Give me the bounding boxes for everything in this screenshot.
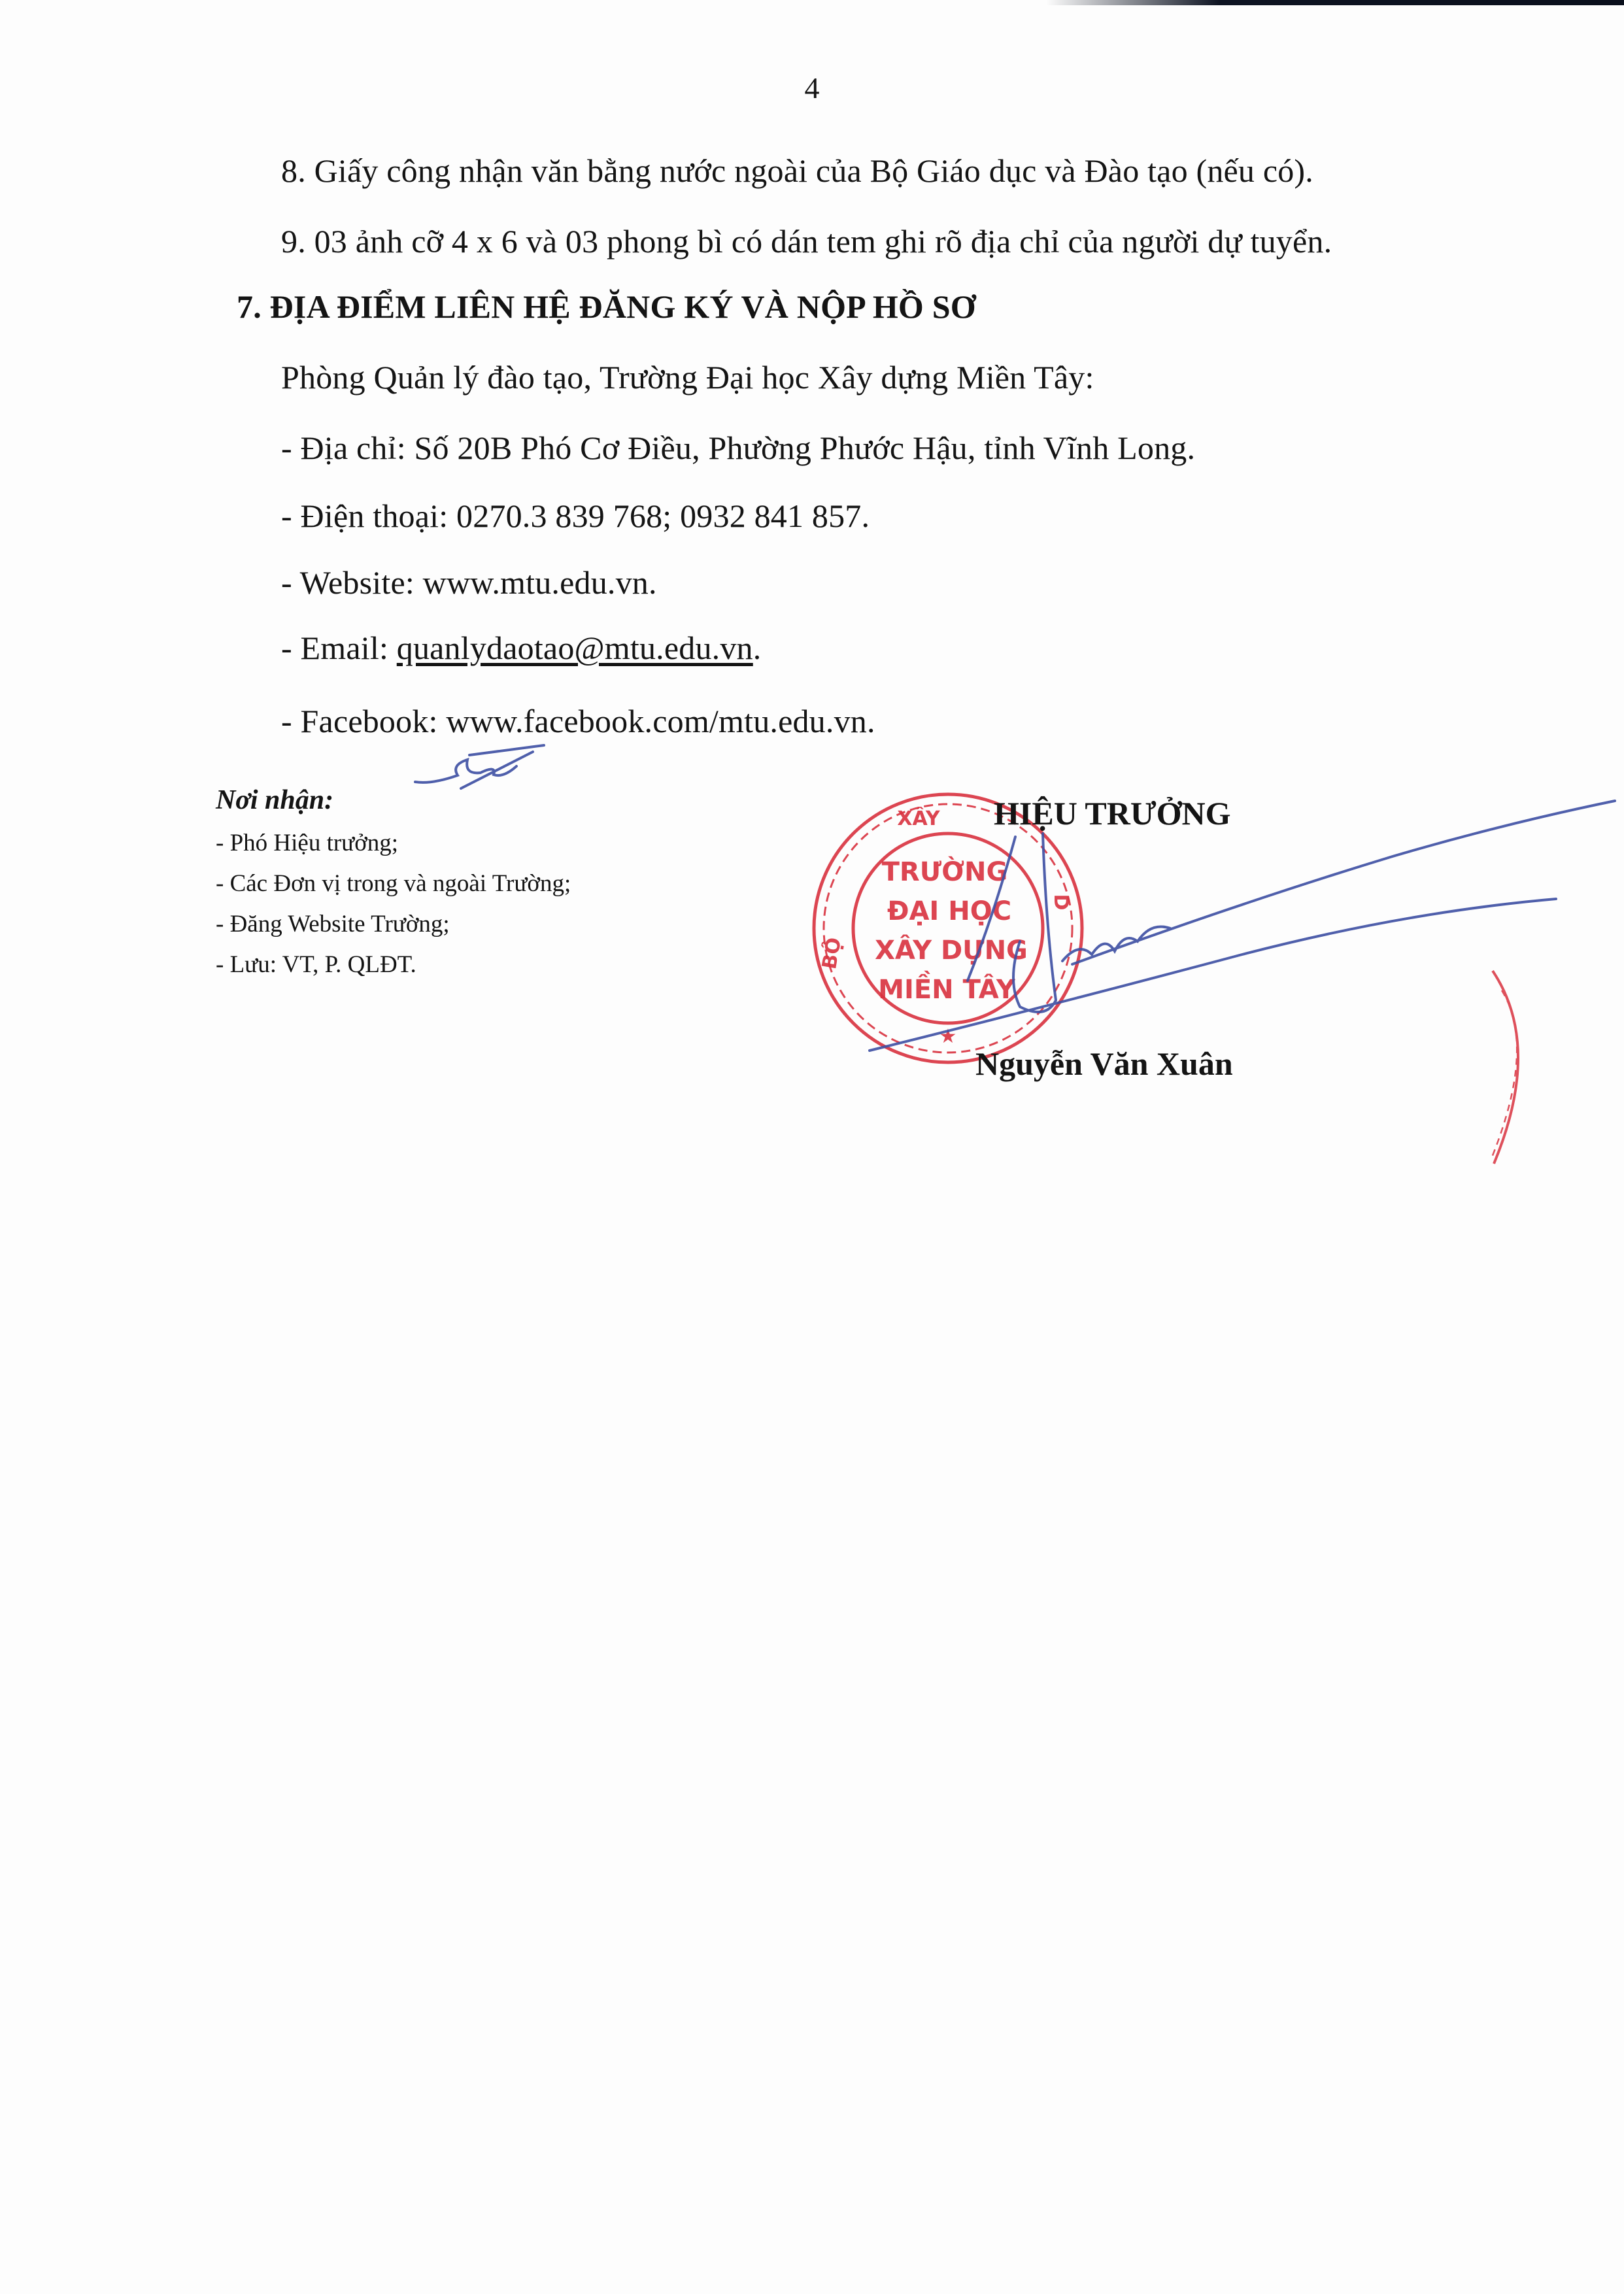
phone: - Điện thoại: 0270.3 839 768; 0932 841 8… <box>281 497 870 535</box>
email-line: - Email: quanlydaotao@mtu.edu.vn. <box>281 629 761 667</box>
svg-text:D: D <box>1049 894 1072 911</box>
section-heading: 7. ĐỊA ĐIỂM LIÊN HỆ ĐĂNG KÝ VÀ NỘP HỒ SƠ <box>237 288 976 326</box>
svg-text:ĐẠI HỌC: ĐẠI HỌC <box>887 896 1011 926</box>
email-suffix: . <box>753 630 762 666</box>
svg-text:XÂY: XÂY <box>897 807 940 830</box>
recipient-item: - Phó Hiệu trưởng; <box>216 829 398 857</box>
website: - Website: www.mtu.edu.vn. <box>281 564 657 601</box>
recipient-item: - Lưu: VT, P. QLĐT. <box>216 951 416 979</box>
facebook: - Facebook: www.facebook.com/mtu.edu.vn. <box>281 702 875 740</box>
official-stamp: TRƯỜNG ĐẠI HỌC XÂY DỰNG MIỀN TÂY XÂY BỘ … <box>0 0 1624 2294</box>
scan-edge <box>1046 0 1624 5</box>
office-name: Phòng Quản lý đào tạo, Trường Đại học Xâ… <box>281 358 1094 396</box>
signature-ink <box>0 0 1624 2294</box>
recipient-item: - Đăng Website Trường; <box>216 910 450 938</box>
email-label: - Email: <box>281 630 397 666</box>
page-number: 4 <box>0 71 1624 105</box>
recipient-item: - Các Đơn vị trong và ngoài Trường; <box>216 869 571 898</box>
signer-name: Nguyễn Văn Xuân <box>975 1045 1233 1083</box>
svg-text:BỘ: BỘ <box>817 936 846 971</box>
recipients-title: Nơi nhận: <box>216 784 333 816</box>
address: - Địa chỉ: Số 20B Phó Cơ Điều, Phường Ph… <box>281 429 1195 467</box>
list-item-9: 9. 03 ảnh cỡ 4 x 6 và 03 phong bì có dán… <box>281 222 1332 260</box>
signer-title: HIỆU TRƯỞNG <box>994 794 1231 832</box>
svg-text:★: ★ <box>939 1025 957 1048</box>
svg-text:MIỀN TÂY: MIỀN TÂY <box>878 970 1016 1005</box>
svg-text:XÂY DỰNG: XÂY DỰNG <box>875 934 1028 966</box>
stamp-line: TRƯỜNG <box>882 856 1008 887</box>
list-item-8: 8. Giấy công nhận văn bằng nước ngoài củ… <box>281 152 1313 190</box>
email-link[interactable]: quanlydaotao@mtu.edu.vn <box>397 630 753 666</box>
